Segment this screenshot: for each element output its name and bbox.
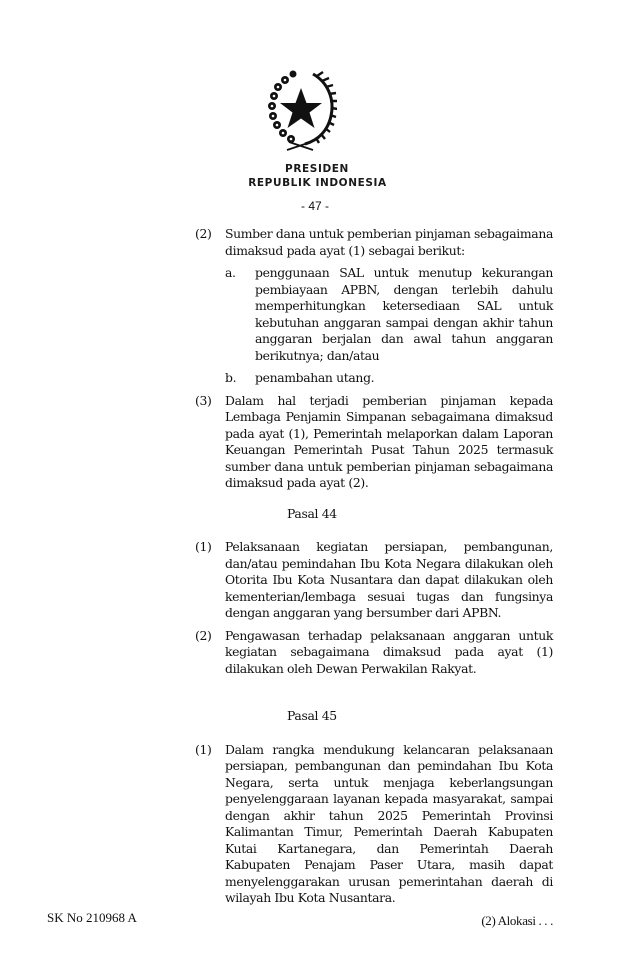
ayat-number: (2) (195, 628, 225, 678)
ayat-text: Pengawasan terhadap pelaksanaan anggaran… (225, 628, 553, 678)
header-title-republik: REPUBLIK INDONESIA (230, 177, 405, 189)
ayat-number: (3) (195, 393, 225, 492)
page-number: - 47 - (290, 199, 340, 213)
ayat-number: (1) (195, 742, 225, 907)
ayat-text: Sumber dana untuk pemberian pinjaman seb… (225, 226, 553, 259)
document-serial-number: SK No 210968 A (47, 910, 137, 926)
pasal-44-heading: Pasal 44 (195, 506, 553, 523)
ayat-text: Dalam hal terjadi pemberian pinjaman kep… (225, 393, 553, 492)
header-title-presiden: PRESIDEN (247, 163, 387, 175)
ayat-text: Pelaksanaan kegiatan persiapan, pembangu… (225, 539, 553, 622)
ayat-text: Dalam rangka mendukung kelancaran pelaks… (225, 742, 553, 907)
sub-item-text: penambahan utang. (255, 370, 553, 387)
ayat-number: (2) (195, 226, 225, 387)
sub-item-label: b. (225, 370, 255, 387)
continuation-marker: (2) Alokasi . . . (195, 913, 553, 930)
document-body: (2) Sumber dana untuk pemberian pinjaman… (195, 226, 553, 929)
ayat-2: (2) Sumber dana untuk pemberian pinjaman… (195, 226, 553, 387)
pasal-45-heading: Pasal 45 (195, 708, 553, 725)
sub-item-text: penggunaan SAL untuk menutup kekurangan … (255, 265, 553, 364)
ayat-number: (1) (195, 539, 225, 622)
sub-item-b: b. penambahan utang. (225, 370, 553, 387)
garuda-emblem-icon (265, 68, 337, 152)
ayat-3: (3) Dalam hal terjadi pemberian pinjaman… (195, 393, 553, 492)
pasal-44-ayat-1: (1) Pelaksanaan kegiatan persiapan, pemb… (195, 539, 553, 622)
pasal-45-ayat-1: (1) Dalam rangka mendukung kelancaran pe… (195, 742, 553, 907)
sub-item-a: a. penggunaan SAL untuk menutup kekurang… (225, 265, 553, 364)
pasal-44-ayat-2: (2) Pengawasan terhadap pelaksanaan angg… (195, 628, 553, 678)
sub-item-label: a. (225, 265, 255, 364)
